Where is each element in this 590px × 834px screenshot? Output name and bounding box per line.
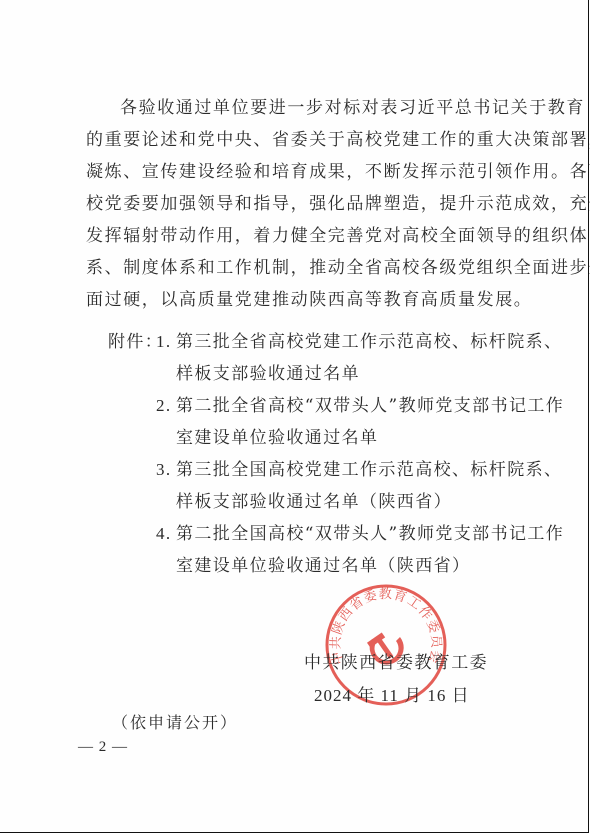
paragraph-line: 面过硬，以高质量党建推动陕西高等教育高质量发展。 [86,284,506,316]
attachments-list: 附件：1.第三批全省高校党建工作示范高校、标杆院系、 样板支部验收通过名单 2.… [108,326,564,582]
disclosure-note: （依申请公开） [112,710,238,733]
body-paragraph: 各验收通过单位要进一步对标对表习近平总书记关于教育 的重要论述和党中央、省委关于… [86,92,506,316]
attachments-label: 附件： [108,326,156,358]
attachment-item-1: 附件：1.第三批全省高校党建工作示范高校、标杆院系、 [108,326,564,358]
page-number: — 2 — [78,739,128,756]
document-page: 各验收通过单位要进一步对标对表习近平总书记关于教育 的重要论述和党中央、省委关于… [0,0,589,833]
paragraph-line: 发挥辐射带动作用，着力健全完善党对高校全面领导的组织体 [86,220,506,252]
attachment-item-2: 2.第二批全省高校“双带头人”教师党支部书记工作 [108,390,564,422]
attachment-item-1-cont: 样板支部验收通过名单 [108,358,564,390]
attachment-item-4-cont: 室建设单位验收通过名单（陕西省） [108,550,564,582]
attachment-item-2-cont: 室建设单位验收通过名单 [108,422,564,454]
paragraph-line: 系、制度体系和工作机制，推动全省高校各级党组织全面进步全 [86,252,506,284]
paragraph-line: 校党委要加强领导和指导，强化品牌塑造，提升示范成效，充分 [86,188,506,220]
attachment-item-3-cont: 样板支部验收通过名单（陕西省） [108,486,564,518]
attachment-item-3: 3.第三批全国高校党建工作示范高校、标杆院系、 [108,454,564,486]
issuer-signature: 中共陕西省委教育工委 [304,648,488,673]
paragraph-line: 各验收通过单位要进一步对标对表习近平总书记关于教育 [86,92,506,124]
paragraph-line: 凝炼、宣传建设经验和培育成果，不断发挥示范引领作用。各高 [86,156,506,188]
issue-date: 2024 年 11 月 16 日 [314,681,470,706]
attachment-item-4: 4.第二批全国高校“双带头人”教师党支部书记工作 [108,518,564,550]
paragraph-line: 的重要论述和党中央、省委关于高校党建工作的重大决策部署， [86,124,506,156]
